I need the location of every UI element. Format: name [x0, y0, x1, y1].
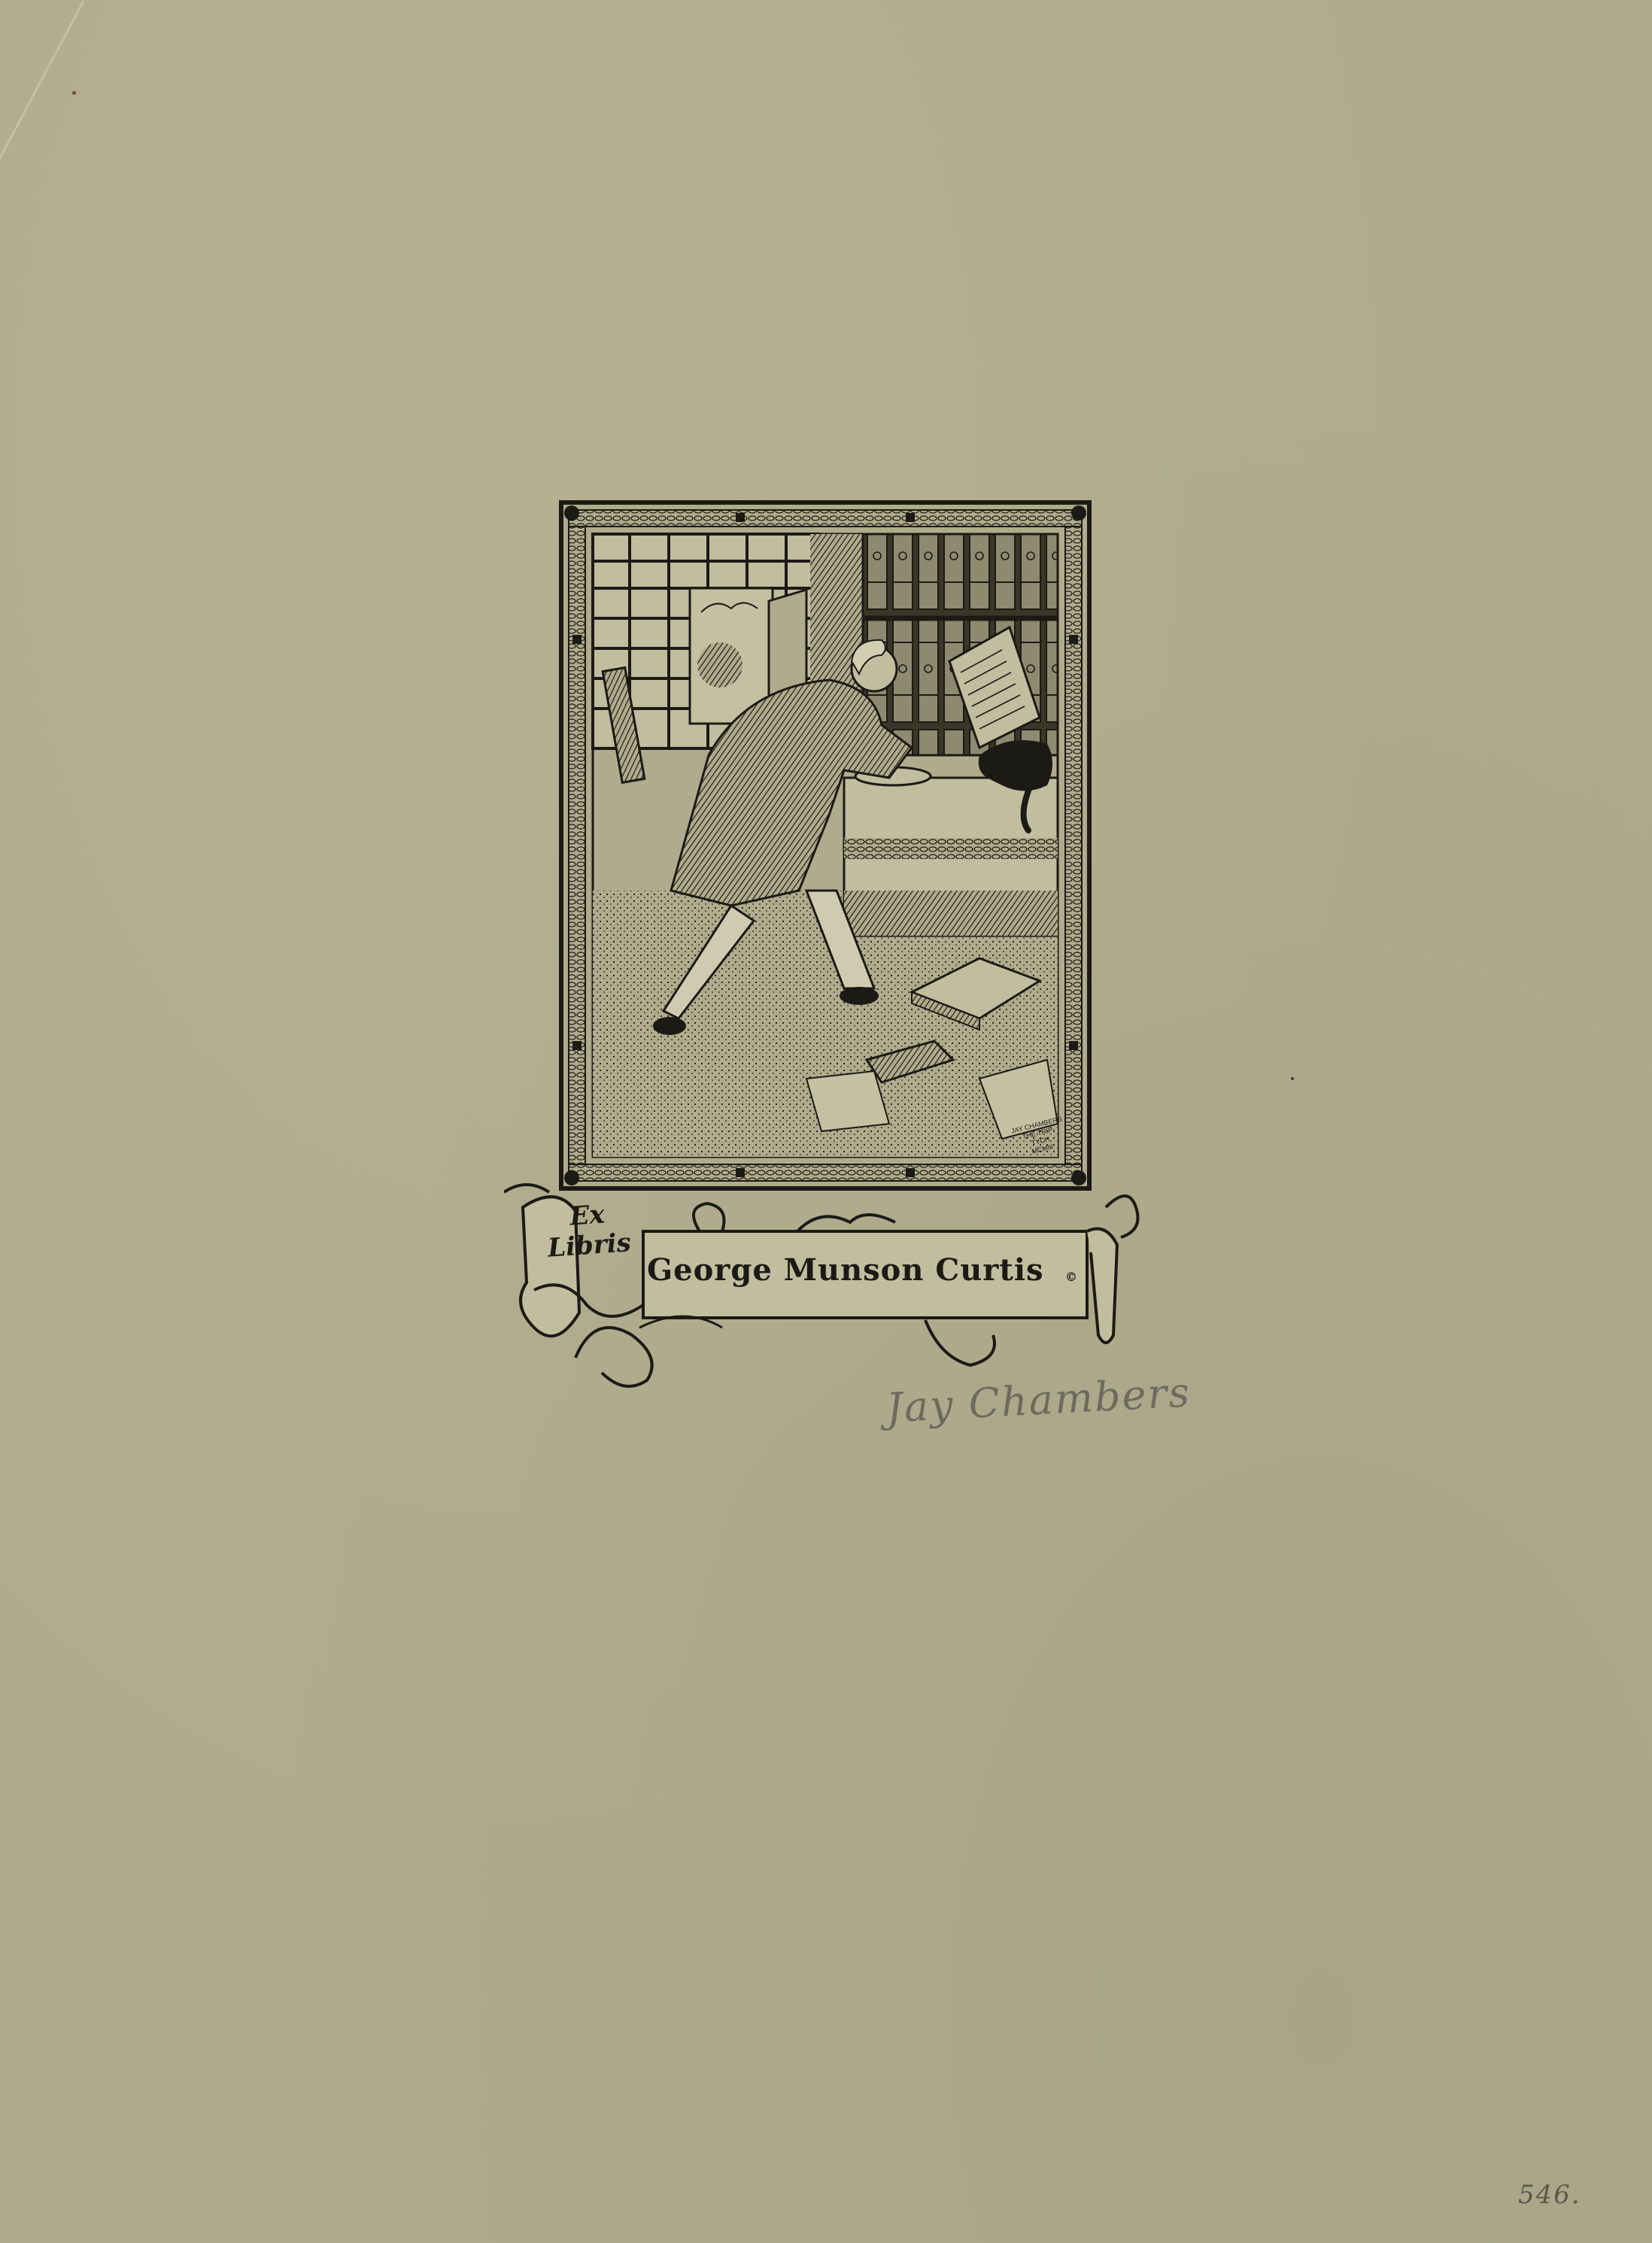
catalog-number: 546. — [1518, 2180, 1581, 2210]
monogram-mark: © — [1065, 1270, 1077, 1284]
ex-libris-heading: Ex Libris — [533, 1197, 642, 1264]
paper-speck — [72, 91, 76, 95]
bookplate-illustration — [558, 499, 1092, 1191]
paper-crease — [0, 0, 85, 160]
illustration-svg — [558, 499, 1092, 1191]
paper-speck — [1291, 1077, 1294, 1080]
owner-name: George Munson Curtis — [647, 1252, 1098, 1288]
